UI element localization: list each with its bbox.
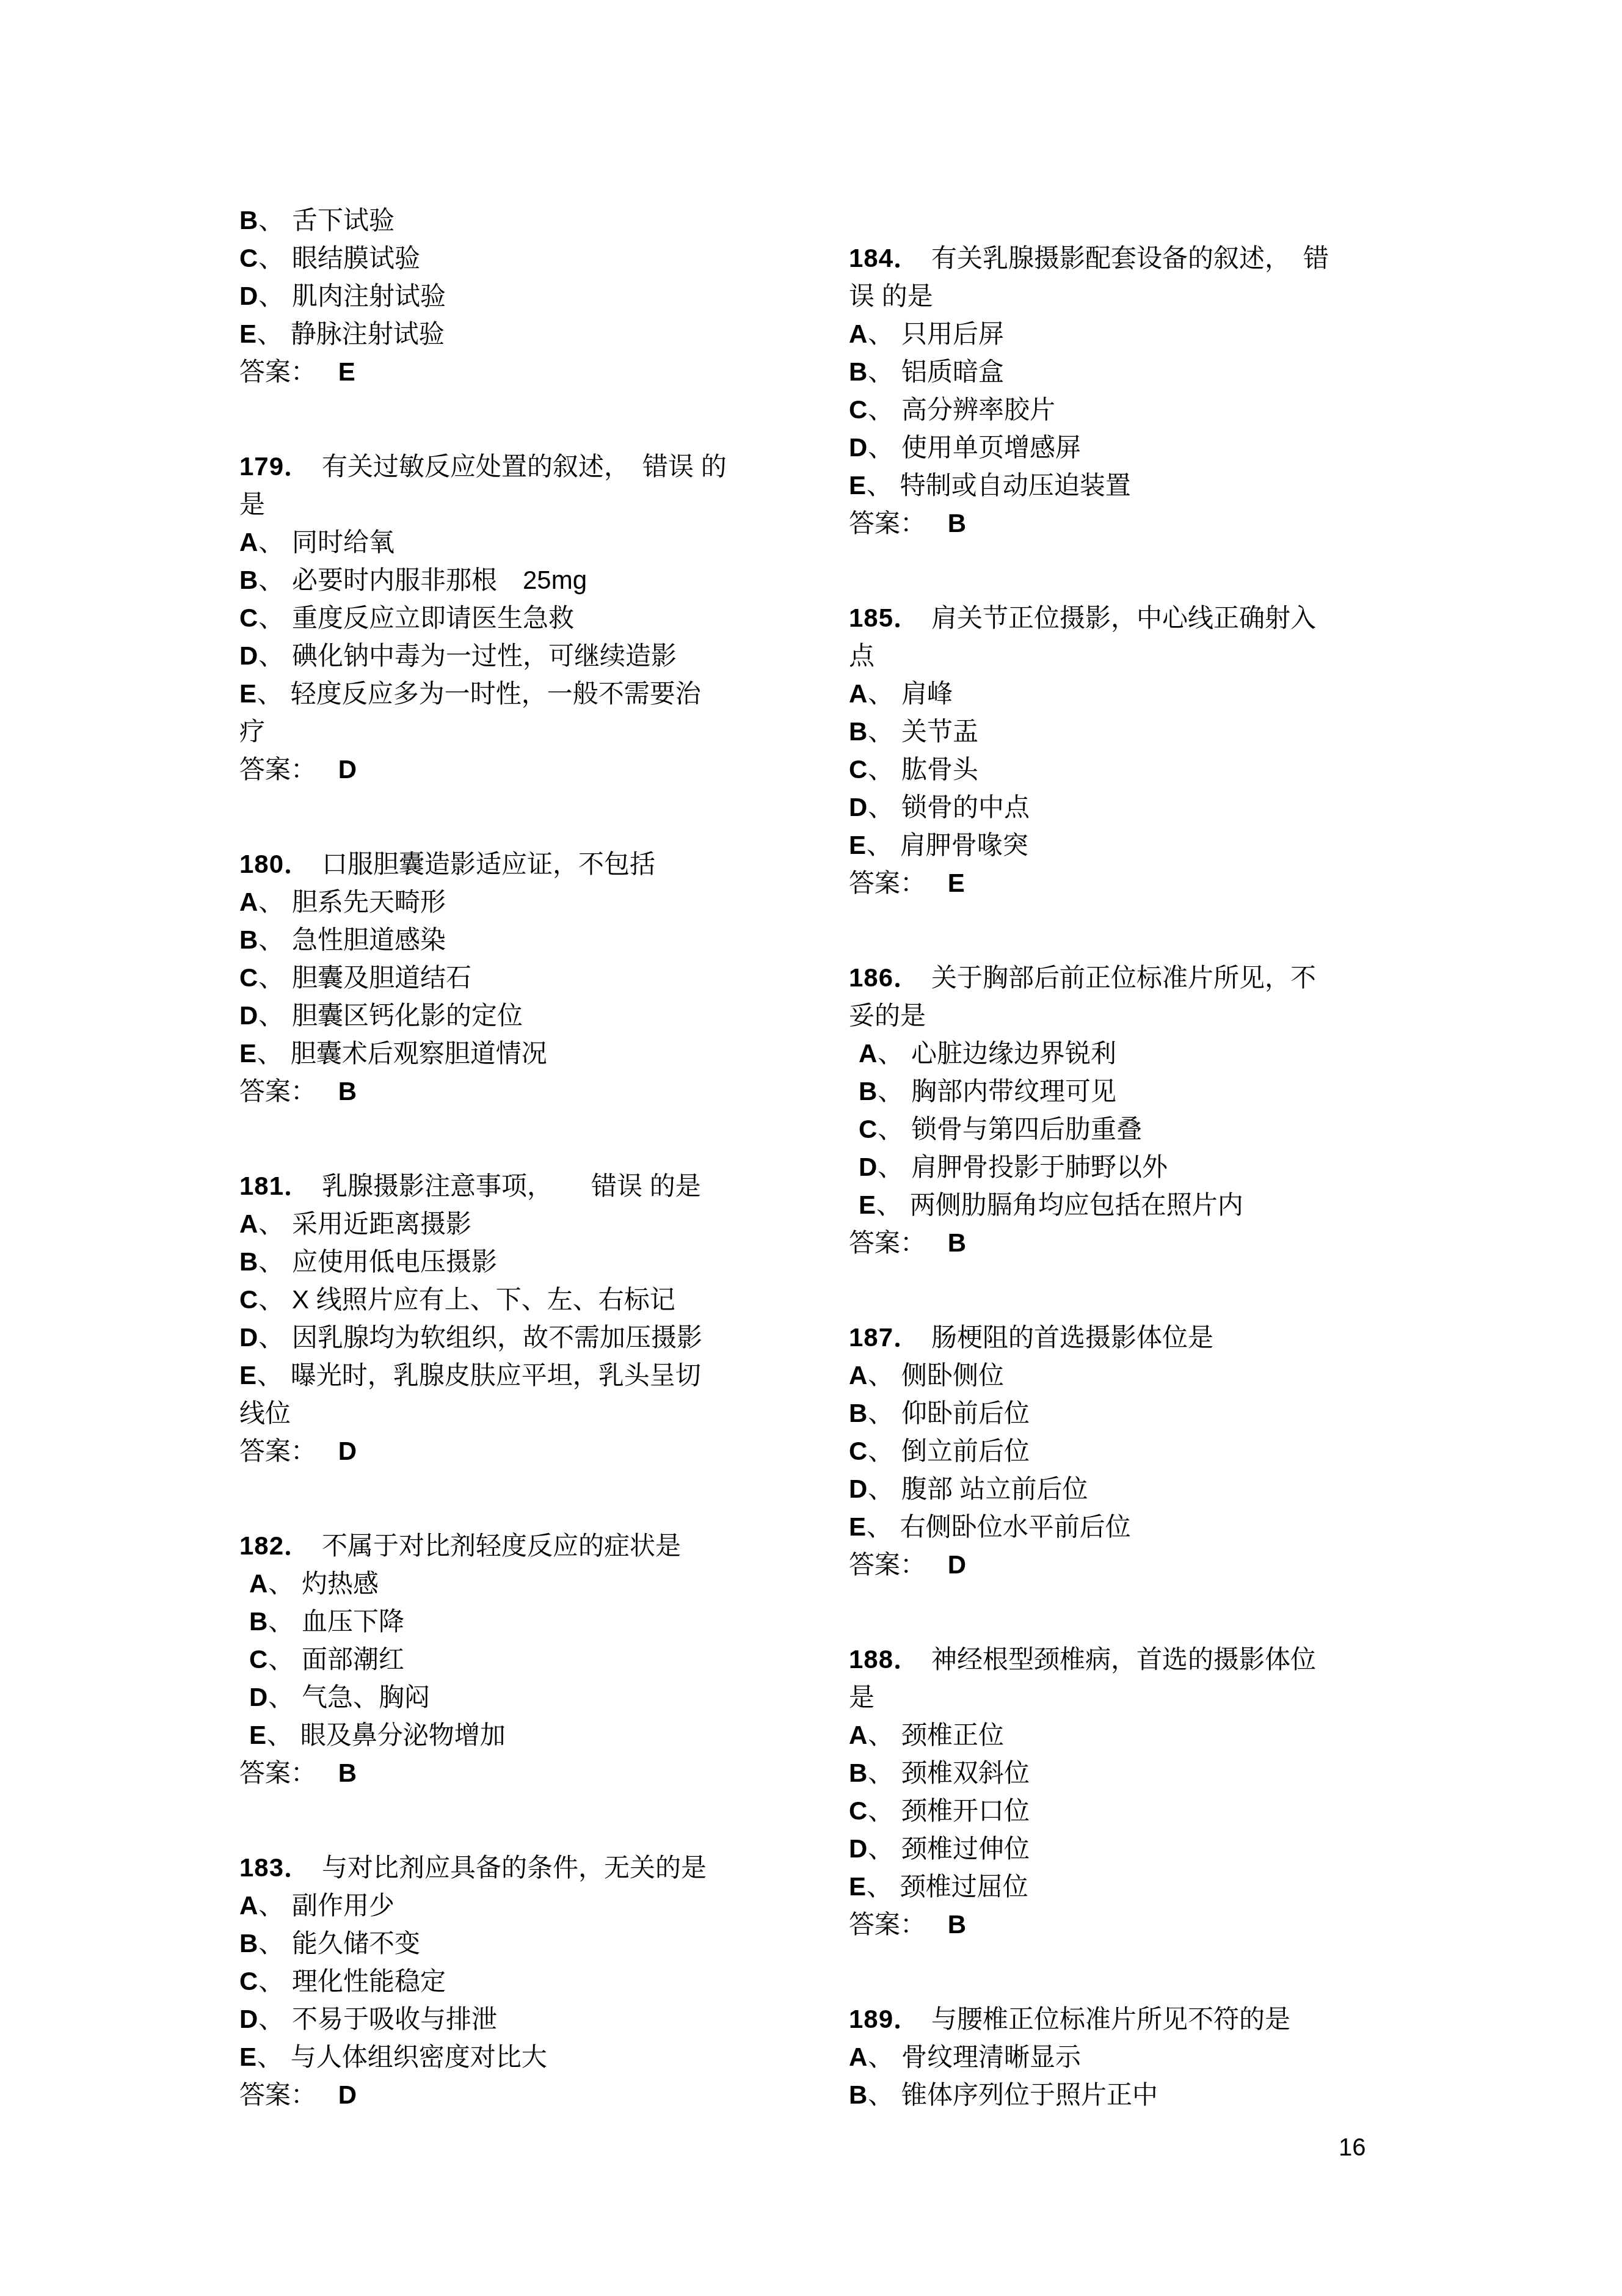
option-separator: 、 [868,357,893,386]
answer-label: 答案： [239,755,316,784]
question-181: 181．乳腺摄影注意事项， 错误 的是A、采用近距离摄影B、应使用低电压摄影C、… [239,1167,746,1470]
option-text: 倒立前后位 [901,1437,1030,1465]
option-text: 侧卧侧位 [901,1361,1004,1390]
question-stem-text: 有关过敏反应处置的叙述， 错误 的 是 [239,452,727,519]
question-stem-text: 口服胆囊造影适应证，不包括 [322,850,655,878]
option-187-A: A、侧卧侧位 [849,1357,1356,1394]
option-188-A: A、颈椎正位 [849,1716,1356,1754]
option-separator: 、 [257,1039,283,1068]
option-label: B [859,1077,878,1106]
answer-label: 答案： [849,509,926,538]
answer-label: 答案： [849,869,926,897]
answer-line: 答案：B [849,1224,1356,1262]
option-label: B [239,925,258,954]
question-stem-text: 与腰椎正位标准片所见不符的是 [931,2005,1290,2033]
option-text: 碘化钠中毒为一过性，可继续造影 [292,641,677,670]
option-text: 只用后屏 [901,319,1004,348]
option-separator: 、 [868,1721,893,1749]
answer-label: 答案： [239,2080,316,2109]
answer-letter: B [948,1910,967,1939]
option-text: 采用近距离摄影 [292,1209,471,1238]
option-label: D [849,1834,868,1863]
option-separator: 、 [258,1001,284,1030]
option-label: D [239,282,258,310]
answer-line: 答案：D [849,1546,1356,1584]
option-label: E [849,1512,867,1541]
option-186-E: E、两侧肋膈角均应包括在照片内 [849,1186,1356,1224]
answer-letter: B [338,1077,357,1106]
option-text: 仰卧前后位 [901,1399,1030,1427]
option-separator: 、 [258,1929,284,1958]
answer-letter: B [948,509,967,538]
option-separator: 、 [867,1512,892,1541]
option-label: A [849,679,868,708]
option-183-B: B、能久储不变 [239,1925,746,1963]
option-label: A [859,1039,878,1068]
option-label: C [239,1967,258,1995]
option-label: E [239,319,257,348]
option-separator: 、 [868,1834,893,1863]
question-188: 188．神经根型颈椎病，首选的摄影体位 是A、颈椎正位B、颈椎双斜位C、颈椎开口… [849,1641,1356,1944]
option-183-C: C、理化性能稳定 [239,1963,746,2000]
option-label: A [239,1209,258,1238]
question-189: 189．与腰椎正位标准片所见不符的是A、骨纹理清晰显示B、锥体序列位于照片正中 [849,2000,1356,2114]
answer-label: 答案： [239,1758,316,1787]
question-stem: 189．与腰椎正位标准片所见不符的是 [849,2000,1356,2038]
option-label: E [849,831,867,859]
option-separator: 、 [258,887,284,916]
option-text: 能久储不变 [292,1929,420,1958]
option-text: 颈椎双斜位 [901,1758,1030,1787]
option-x-D: D、肌肉注射试验 [239,277,746,315]
option-183-D: D、不易于吸收与排泄 [239,2000,746,2038]
option-181-A: A、采用近距离摄影 [239,1205,746,1243]
option-separator: 、 [868,1796,893,1825]
question-stem: 180．口服胆囊造影适应证，不包括 [239,845,746,883]
option-184-E: E、特制或自动压迫装置 [849,467,1356,505]
option-text: 静脉注射试验 [291,319,445,348]
option-separator: 、 [868,717,893,746]
option-179-D: D、碘化钠中毒为一过性，可继续造影 [239,637,746,675]
question-stem-text: 肠梗阻的首选摄影体位是 [931,1323,1213,1352]
question-185: 185．肩关节正位摄影，中心线正确射入 点A、肩峰B、关节盂C、肱骨头D、锁骨的… [849,599,1356,902]
option-184-D: D、使用单页增感屏 [849,429,1356,467]
question-stem: 183．与对比剂应具备的条件，无关的是 [239,1849,746,1887]
option-separator: 、 [868,755,893,784]
option-label: C [239,244,258,272]
answer-letter: D [338,755,357,784]
option-label: D [859,1153,878,1181]
question-number: 179． [239,452,310,481]
option-label: A [239,887,258,916]
option-185-E: E、肩胛骨喙突 [849,826,1356,864]
answer-label: 答案： [239,357,316,386]
question-number: 184． [849,244,920,272]
option-182-C: C、面部潮红 [239,1641,746,1678]
option-181-B: B、应使用低电压摄影 [239,1243,746,1281]
option-label: B [239,206,258,235]
option-text: 面部潮红 [302,1645,404,1674]
option-185-D: D、锁骨的中点 [849,789,1356,826]
option-x-C: C、眼结膜试验 [239,239,746,277]
option-separator: 、 [868,1361,893,1390]
option-text: 特制或自动压迫装置 [900,471,1131,500]
option-text: 高分辨率胶片 [901,395,1055,424]
answer-letter: B [338,1758,357,1787]
option-label: A [239,1891,258,1920]
option-label: B [849,357,868,386]
question-stem: 186．关于胸部后前正位标准片所见，不 妥的是 [849,959,1356,1035]
option-label: A [849,319,868,348]
option-184-C: C、高分辨率胶片 [849,391,1356,429]
column-right: 184．有关乳腺摄影配套设备的叙述， 错 误 的是A、只用后屏B、铝质暗盒C、高… [849,202,1356,2114]
option-text: 锁骨与第四后肋重叠 [911,1115,1142,1143]
question-184: 184．有关乳腺摄影配套设备的叙述， 错 误 的是A、只用后屏B、铝质暗盒C、高… [849,239,1356,542]
option-separator: 、 [268,1645,294,1674]
answer-label: 答案： [849,1228,926,1257]
option-label: B [849,1399,868,1427]
option-text: 同时给氧 [292,528,395,556]
option-text: X 线照片应有上、下、左、右标记 [292,1285,675,1314]
answer-letter: D [338,2080,357,2109]
answer-letter: E [338,357,356,386]
option-186-D: D、肩胛骨投影于肺野以外 [849,1148,1356,1186]
option-text: 因乳腺均为软组织，故不需加压摄影 [292,1323,702,1352]
option-separator: 、 [867,831,892,859]
option-text: 曝光时，乳腺皮肤应平坦，乳头呈切 线位 [239,1361,701,1427]
question-number: 186． [849,963,920,992]
option-separator: 、 [868,395,893,424]
answer-line: 答案：D [239,1432,746,1470]
option-label: C [859,1115,878,1143]
option-text: 胆囊区钙化影的定位 [292,1001,523,1030]
option-separator: 、 [257,1361,283,1390]
option-text: 心脏边缘边界锐利 [911,1039,1116,1068]
answer-line: 答案：E [849,864,1356,902]
option-label: E [849,1872,867,1901]
option-separator: 、 [258,1967,284,1995]
question-stem: 187．肠梗阻的首选摄影体位是 [849,1319,1356,1357]
option-label: B [249,1607,268,1636]
option-label: C [249,1645,268,1674]
question-number: 182． [239,1531,310,1560]
answer-letter: B [948,1228,967,1257]
option-label: E [859,1190,876,1219]
option-text: 血压下降 [302,1607,404,1636]
option-separator: 、 [268,1569,294,1598]
option-separator: 、 [258,1247,284,1276]
question-stem: 181．乳腺摄影注意事项， 错误 的是 [239,1167,746,1205]
option-separator: 、 [258,282,284,310]
option-separator: 、 [258,963,284,992]
answer-letter: D [338,1437,357,1465]
option-186-B: B、胸部内带纹理可见 [849,1073,1356,1110]
question-182: 182．不属于对比剂轻度反应的症状是A、灼热感B、血压下降C、面部潮红D、气急、… [239,1527,746,1792]
option-label: C [849,1437,868,1465]
option-text: 肱骨头 [901,755,978,784]
option-separator: 、 [258,566,284,594]
option-separator: 、 [878,1077,903,1106]
option-180-B: B、急性胆道感染 [239,921,746,959]
option-text: 肩胛骨喙突 [900,831,1028,859]
option-separator: 、 [868,679,893,708]
option-text: 灼热感 [302,1569,379,1598]
question-stem-text: 有关乳腺摄影配套设备的叙述， 错 误 的是 [849,244,1329,310]
option-separator: 、 [868,1437,893,1465]
option-label: D [239,641,258,670]
option-label: E [249,1721,267,1749]
option-separator: 、 [876,1190,902,1219]
option-separator: 、 [258,528,284,556]
option-label: B [239,1929,258,1958]
option-189-B: B、锥体序列位于照片正中 [849,2076,1356,2114]
option-separator: 、 [868,2080,893,2109]
option-183-A: A、副作用少 [239,1887,746,1925]
option-label: D [849,1474,868,1503]
answer-line: 答案：E [239,353,746,391]
option-separator: 、 [258,1209,284,1238]
option-text: 两侧肋膈角均应包括在照片内 [910,1190,1243,1219]
option-label: C [239,1285,258,1314]
option-label: B [849,2080,868,2109]
option-text: 与人体组织密度对比大 [291,2043,547,2071]
option-text: 右侧卧位水平前后位 [900,1512,1131,1541]
option-text: 骨纹理清晰显示 [901,2043,1081,2071]
option-text: 气急、胸闷 [302,1683,430,1711]
exam-page: B、舌下试验C、眼结膜试验D、肌肉注射试验E、静脉注射试验答案：E179．有关过… [0,0,1622,2296]
option-label: B [849,717,868,746]
option-text: 锥体序列位于照片正中 [901,2080,1158,2109]
option-text: 锁骨的中点 [901,793,1030,822]
option-separator: 、 [258,603,284,632]
option-182-A: A、灼热感 [239,1565,746,1603]
option-label: C [849,395,868,424]
option-label: D [239,1323,258,1352]
option-184-A: A、只用后屏 [849,315,1356,353]
question-stem: 179．有关过敏反应处置的叙述， 错误 的 是 [239,448,746,523]
option-separator: 、 [268,1683,294,1711]
option-separator: 、 [257,319,283,348]
question-stem-text: 不属于对比剂轻度反应的症状是 [322,1531,681,1560]
option-text: 颈椎正位 [901,1721,1004,1749]
option-187-D: D、腹部 站立前后位 [849,1470,1356,1508]
option-separator: 、 [258,641,284,670]
option-186-C: C、锁骨与第四后肋重叠 [849,1110,1356,1148]
option-text: 胆系先天畸形 [292,887,446,916]
question-number: 188． [849,1645,920,1674]
option-187-B: B、仰卧前后位 [849,1394,1356,1432]
option-label: A [849,2043,868,2071]
question-number: 183． [239,1853,310,1882]
option-separator: 、 [878,1153,903,1181]
option-label: E [239,2043,257,2071]
question-stem: 184．有关乳腺摄影配套设备的叙述， 错 误 的是 [849,239,1356,315]
question-stem: 182．不属于对比剂轻度反应的症状是 [239,1527,746,1565]
option-separator: 、 [267,1721,293,1749]
option-185-C: C、肱骨头 [849,751,1356,789]
answer-line: 答案：B [239,1073,746,1110]
option-text: 颈椎开口位 [901,1796,1030,1825]
answer-letter: E [948,869,966,897]
option-187-C: C、倒立前后位 [849,1432,1356,1470]
answer-label: 答案： [239,1077,316,1106]
question-183: 183．与对比剂应具备的条件，无关的是A、副作用少B、能久储不变C、理化性能稳定… [239,1849,746,2114]
option-text: 应使用低电压摄影 [292,1247,497,1276]
option-179-B: B、必要时内服非那根 25mg [239,561,746,599]
option-separator: 、 [867,1872,892,1901]
question-stem: 188．神经根型颈椎病，首选的摄影体位 是 [849,1641,1356,1716]
option-185-A: A、肩峰 [849,675,1356,713]
option-text: 颈椎过屈位 [900,1872,1028,1901]
option-181-D: D、因乳腺均为软组织，故不需加压摄影 [239,1319,746,1357]
question-180: 180．口服胆囊造影适应证，不包括A、胆系先天畸形B、急性胆道感染C、胆囊及胆道… [239,845,746,1110]
option-text: 肩胛骨投影于肺野以外 [911,1153,1168,1181]
option-label: D [849,433,868,462]
option-label: D [239,2005,258,2033]
option-separator: 、 [257,679,283,708]
question-number: 181． [239,1172,310,1200]
answer-label: 答案： [239,1437,316,1465]
option-separator: 、 [868,1399,893,1427]
option-180-A: A、胆系先天畸形 [239,883,746,921]
question-continued: B、舌下试验C、眼结膜试验D、肌肉注射试验E、静脉注射试验答案：E [239,202,746,391]
option-label: C [849,755,868,784]
option-x-B: B、舌下试验 [239,202,746,239]
option-179-E: E、轻度反应多为一时性，一般不需要治 疗 [239,675,746,751]
option-label: A [849,1721,868,1749]
option-181-E: E、曝光时，乳腺皮肤应平坦，乳头呈切 线位 [239,1357,746,1432]
question-stem-text: 与对比剂应具备的条件，无关的是 [322,1853,707,1882]
option-189-A: A、骨纹理清晰显示 [849,2038,1356,2076]
option-label: D [849,793,868,822]
question-stem-text: 乳腺摄影注意事项， 错误 的是 [322,1172,701,1200]
option-label: A [239,528,258,556]
option-separator: 、 [257,2043,283,2071]
option-separator: 、 [268,1607,294,1636]
question-number: 185． [849,603,920,632]
question-179: 179．有关过敏反应处置的叙述， 错误 的 是A、同时给氧B、必要时内服非那根 … [239,448,746,789]
option-text: 铝质暗盒 [901,357,1004,386]
option-text: 胆囊及胆道结石 [292,963,471,992]
option-separator: 、 [258,2005,284,2033]
option-183-E: E、与人体组织密度对比大 [239,2038,746,2076]
option-text: 必要时内服非那根 25mg [292,566,587,594]
option-text: 急性胆道感染 [292,925,446,954]
option-label: E [239,679,257,708]
option-188-E: E、颈椎过屈位 [849,1868,1356,1906]
option-label: D [239,1001,258,1030]
option-188-D: D、颈椎过伸位 [849,1830,1356,1868]
column-left: B、舌下试验C、眼结膜试验D、肌肉注射试验E、静脉注射试验答案：E179．有关过… [239,202,746,2114]
option-182-D: D、气急、胸闷 [239,1678,746,1716]
option-label: C [239,603,258,632]
answer-label: 答案： [849,1550,926,1579]
answer-line: 答案：D [239,751,746,789]
answer-line: 答案：B [239,1754,746,1792]
option-separator: 、 [868,1758,893,1787]
option-separator: 、 [258,206,284,235]
option-188-B: B、颈椎双斜位 [849,1754,1356,1792]
option-label: D [249,1683,268,1711]
question-187: 187．肠梗阻的首选摄影体位是A、侧卧侧位B、仰卧前后位C、倒立前后位D、腹部 … [849,1319,1356,1584]
answer-label: 答案： [849,1910,926,1939]
option-label: C [849,1796,868,1825]
page-number: 16 [1339,2133,1366,2162]
option-text: 轻度反应多为一时性，一般不需要治 疗 [239,679,701,746]
answer-line: 答案：B [849,1906,1356,1944]
question-number: 189． [849,2005,920,2033]
option-182-E: E、眼及鼻分泌物增加 [239,1716,746,1754]
option-text: 副作用少 [292,1891,395,1920]
option-label: E [239,1039,257,1068]
option-label: E [849,471,867,500]
option-text: 肌肉注射试验 [292,282,446,310]
option-label: A [849,1361,868,1390]
option-text: 使用单页增感屏 [901,433,1081,462]
option-separator: 、 [258,244,284,272]
answer-letter: D [948,1550,967,1579]
option-separator: 、 [868,433,893,462]
option-text: 胆囊术后观察胆道情况 [291,1039,547,1068]
option-separator: 、 [258,1891,284,1920]
option-label: A [249,1569,268,1598]
option-separator: 、 [868,319,893,348]
option-separator: 、 [868,793,893,822]
answer-line: 答案：D [239,2076,746,2114]
option-179-C: C、重度反应立即请医生急救 [239,599,746,637]
option-text: 腹部 站立前后位 [901,1474,1088,1503]
option-separator: 、 [258,1323,284,1352]
option-187-E: E、右侧卧位水平前后位 [849,1508,1356,1546]
option-184-B: B、铝质暗盒 [849,353,1356,391]
option-text: 肩峰 [901,679,953,708]
option-label: E [239,1361,257,1390]
option-text: 眼及鼻分泌物增加 [300,1721,506,1749]
option-separator: 、 [258,1285,284,1314]
option-separator: 、 [258,925,284,954]
option-text: 不易于吸收与排泄 [292,2005,497,2033]
question-number: 187． [849,1323,920,1352]
question-number: 180． [239,850,310,878]
option-180-E: E、胆囊术后观察胆道情况 [239,1035,746,1073]
option-186-A: A、心脏边缘边界锐利 [849,1035,1356,1073]
option-separator: 、 [878,1115,903,1143]
option-text: 重度反应立即请医生急救 [292,603,574,632]
option-separator: 、 [868,1474,893,1503]
option-text: 舌下试验 [292,206,395,235]
answer-line: 答案：B [849,505,1356,542]
option-label: C [239,963,258,992]
option-label: B [239,566,258,594]
option-181-C: C、X 线照片应有上、下、左、右标记 [239,1281,746,1319]
option-text: 胸部内带纹理可见 [911,1077,1116,1106]
option-text: 理化性能稳定 [292,1967,446,1995]
option-label: B [849,1758,868,1787]
question-stem: 185．肩关节正位摄影，中心线正确射入 点 [849,599,1356,675]
option-separator: 、 [867,471,892,500]
option-text: 关节盂 [901,717,978,746]
option-label: B [239,1247,258,1276]
option-text: 眼结膜试验 [292,244,420,272]
option-182-B: B、血压下降 [239,1603,746,1641]
option-180-D: D、胆囊区钙化影的定位 [239,997,746,1035]
option-separator: 、 [878,1039,903,1068]
option-text: 颈椎过伸位 [901,1834,1030,1863]
option-x-E: E、静脉注射试验 [239,315,746,353]
option-180-C: C、胆囊及胆道结石 [239,959,746,997]
option-185-B: B、关节盂 [849,713,1356,751]
option-separator: 、 [868,2043,893,2071]
